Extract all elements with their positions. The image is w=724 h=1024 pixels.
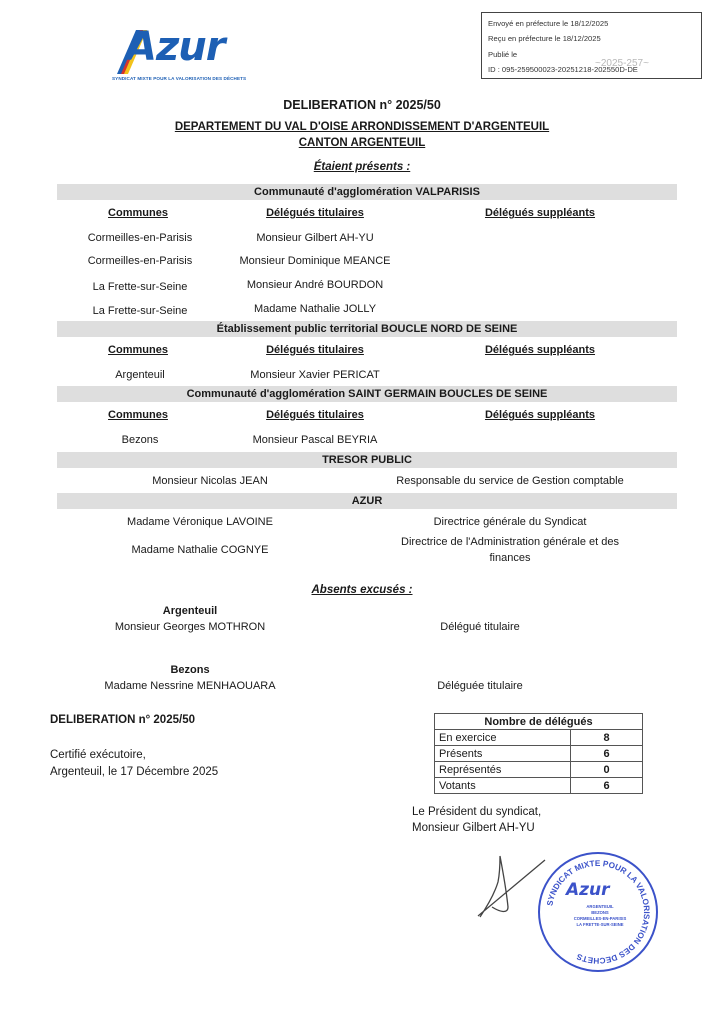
col-titulaires: Délégués titulaires bbox=[240, 207, 390, 219]
tresor-role: Responsable du service de Gestion compta… bbox=[360, 475, 660, 487]
azur-role-cont: finances bbox=[360, 552, 660, 564]
azur-role: Directrice générale du Syndicat bbox=[360, 516, 660, 528]
col-suppleants: Délégués suppléants bbox=[460, 409, 620, 421]
table-row: Présents6 bbox=[435, 746, 643, 762]
prefecture-id: ID : 095-259500023-20251218-202550D-DE bbox=[488, 62, 695, 77]
row-titulaire: Monsieur Xavier PERICAT bbox=[220, 369, 410, 381]
prefecture-box: Envoyé en préfecture le 18/12/2025 Reçu … bbox=[481, 12, 702, 79]
absent-role: Délégué titulaire bbox=[380, 621, 580, 633]
president-title: Le Président du syndicat, bbox=[412, 806, 541, 818]
col-suppleants: Délégués suppléants bbox=[460, 344, 620, 356]
canton-line: CANTON ARGENTEUIL bbox=[0, 137, 724, 149]
prefecture-stamp: ~2025-257~ bbox=[595, 56, 649, 71]
count-label: Présents bbox=[435, 746, 571, 762]
row-commune: Cormeilles-en-Parisis bbox=[70, 232, 210, 244]
absent-role: Déléguée titulaire bbox=[380, 680, 580, 692]
absent-commune: Argenteuil bbox=[90, 605, 290, 617]
absent-person: Madame Nessrine MENHAOUARA bbox=[90, 680, 290, 692]
row-commune: Bezons bbox=[70, 434, 210, 446]
row-titulaire: Monsieur André BOURDON bbox=[220, 279, 410, 291]
row-titulaire: Monsieur Gilbert AH-YU bbox=[220, 232, 410, 244]
count-label: Votants bbox=[435, 778, 571, 794]
page-title: DELIBERATION n° 2025/50 bbox=[0, 98, 724, 112]
row-titulaire: Monsieur Dominique MEANCE bbox=[220, 255, 410, 267]
col-communes: Communes bbox=[78, 207, 198, 219]
logo-wordmark: Azur bbox=[126, 24, 224, 70]
group-band-boucle-nord: Établissement public territorial BOUCLE … bbox=[57, 321, 677, 337]
delegates-count-table: Nombre de délégués En exercice8 Présents… bbox=[434, 713, 643, 794]
stamp-lines: ARGENTEUIL BEZONS CORMEILLES-EN-PARISIS … bbox=[550, 904, 650, 928]
logo-tagline: SYNDICAT MIXTE POUR LA VALORISATION DES … bbox=[112, 76, 246, 81]
table-row: Votants6 bbox=[435, 778, 643, 794]
president-name: Monsieur Gilbert AH-YU bbox=[412, 822, 535, 834]
azur-person: Madame Nathalie COGNYE bbox=[100, 544, 300, 556]
row-titulaire: Monsieur Pascal BEYRIA bbox=[220, 434, 410, 446]
prefecture-received: Reçu en préfecture le 18/12/2025 bbox=[488, 31, 695, 46]
count-label: En exercice bbox=[435, 730, 571, 746]
stamp-line: LA FRETTE-SUR-SEINE bbox=[550, 922, 650, 928]
group-band-saint-germain: Communauté d'agglomération SAINT GERMAIN… bbox=[57, 386, 677, 402]
col-communes: Communes bbox=[78, 344, 198, 356]
azur-logo: Azur SYNDICAT MIXTE POUR LA VALORISATION… bbox=[112, 24, 252, 86]
prefecture-published: Publié le bbox=[488, 47, 695, 62]
row-commune: La Frette-sur-Seine bbox=[70, 281, 210, 293]
count-value: 6 bbox=[571, 746, 643, 762]
row-commune: Argenteuil bbox=[70, 369, 210, 381]
row-titulaire: Madame Nathalie JOLLY bbox=[220, 303, 410, 315]
group-band-valparisis: Communauté d'agglomération VALPARISIS bbox=[57, 184, 677, 200]
certified-text: Certifié exécutoire, bbox=[50, 749, 146, 761]
place-date: Argenteuil, le 17 Décembre 2025 bbox=[50, 766, 218, 778]
table-row: Représentés0 bbox=[435, 762, 643, 778]
tresor-person: Monsieur Nicolas JEAN bbox=[110, 475, 310, 487]
count-value: 8 bbox=[571, 730, 643, 746]
group-band-tresor: TRESOR PUBLIC bbox=[57, 452, 677, 468]
row-commune: Cormeilles-en-Parisis bbox=[70, 255, 210, 267]
absents-heading: Absents excusés : bbox=[0, 584, 724, 596]
row-commune: La Frette-sur-Seine bbox=[70, 305, 210, 317]
stamp-logo: Azur bbox=[566, 880, 610, 900]
absent-commune: Bezons bbox=[90, 664, 290, 676]
footer-title: DELIBERATION n° 2025/50 bbox=[50, 714, 195, 726]
col-communes: Communes bbox=[78, 409, 198, 421]
official-stamp: SYNDICAT MIXTE POUR LA VALORISATION DES … bbox=[538, 852, 658, 972]
department-line: DEPARTEMENT DU VAL D'OISE ARRONDISSEMENT… bbox=[0, 121, 724, 133]
count-value: 6 bbox=[571, 778, 643, 794]
table-row: En exercice8 bbox=[435, 730, 643, 746]
group-band-azur: AZUR bbox=[57, 493, 677, 509]
prefecture-sent: Envoyé en préfecture le 18/12/2025 bbox=[488, 16, 695, 31]
col-suppleants: Délégués suppléants bbox=[460, 207, 620, 219]
col-titulaires: Délégués titulaires bbox=[240, 344, 390, 356]
col-titulaires: Délégués titulaires bbox=[240, 409, 390, 421]
azur-role: Directrice de l'Administration générale … bbox=[360, 536, 660, 548]
count-value: 0 bbox=[571, 762, 643, 778]
counts-header: Nombre de délégués bbox=[435, 714, 643, 730]
present-heading: Étaient présents : bbox=[0, 161, 724, 173]
count-label: Représentés bbox=[435, 762, 571, 778]
azur-person: Madame Véronique LAVOINE bbox=[100, 516, 300, 528]
absent-person: Monsieur Georges MOTHRON bbox=[90, 621, 290, 633]
